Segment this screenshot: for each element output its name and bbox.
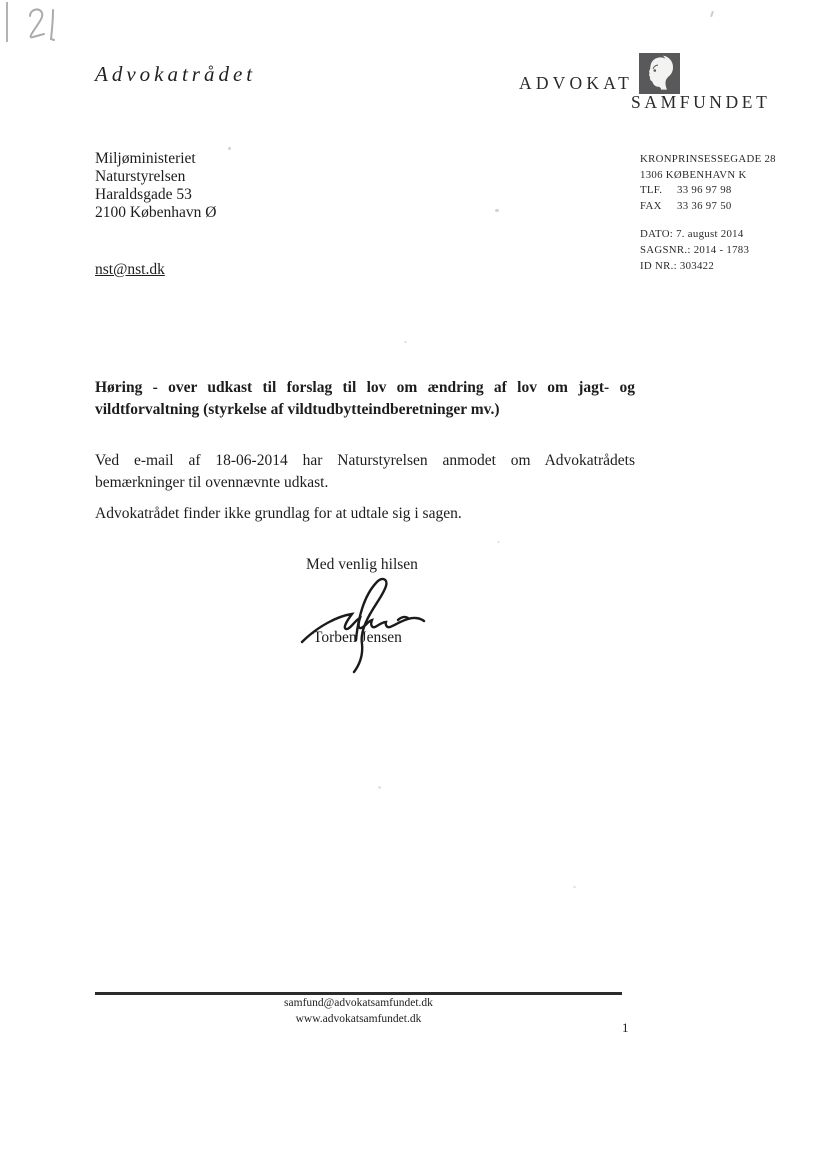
scan-speck [228, 147, 231, 150]
body-line: bemærkninger til ovennævnte udkast. [95, 472, 635, 494]
sender-address-line: 1306 KØBENHAVN K [640, 168, 820, 184]
scan-speck [573, 886, 576, 888]
footer-contact-block: samfund@advokatsamfundet.dk www.advokats… [95, 996, 622, 1027]
body-line: Ved e-mail af 18-06-2014 har Naturstyrel… [95, 450, 635, 472]
fax-label: FAX [640, 199, 674, 215]
recipient-line: Naturstyrelsen [95, 168, 216, 186]
letterhead-script-title: Advokatrådet [95, 62, 256, 87]
letter-date: DATO: 7. august 2014 [640, 227, 820, 243]
athena-profile-icon [639, 53, 680, 94]
case-number: SAGSNR.: 2014 - 1783 [640, 243, 820, 259]
scan-speck [497, 541, 500, 543]
body-paragraph: Advokatrådet finder ikke grundlag for at… [95, 505, 635, 523]
subject-heading: Høring - over udkast til forslag til lov… [95, 377, 635, 420]
recipient-line: 2100 København Ø [95, 204, 216, 222]
id-number: ID NR.: 303422 [640, 259, 820, 275]
phone-value: 33 96 97 98 [677, 184, 732, 196]
recipient-line: Haraldsgade 53 [95, 186, 216, 204]
handwritten-signature [298, 576, 430, 674]
scanned-letter-page: Advokatrådet ADVOKAT SAMFUNDET Miljømini… [0, 0, 827, 1170]
sender-address-line: KRONPRINSESSEGADE 28 [640, 152, 820, 168]
scan-edge-line [6, 2, 8, 42]
handwritten-page-mark [22, 4, 70, 44]
footer-email: samfund@advokatsamfundet.dk [95, 996, 622, 1012]
sender-fax-row: FAX 33 36 97 50 [640, 199, 820, 215]
recipient-address-block: Miljøministeriet Naturstyrelsen Haraldsg… [95, 150, 216, 222]
scan-speck [404, 341, 407, 343]
page-number: 1 [622, 1020, 629, 1036]
footer-rule [95, 992, 622, 995]
scan-speck [495, 209, 499, 212]
logo-wordmark-advokat: ADVOKAT [519, 73, 633, 94]
fax-value: 33 36 97 50 [677, 200, 732, 212]
subject-line: vildtforvaltning (styrkelse af vildtudby… [95, 399, 635, 421]
sender-info-block: KRONPRINSESSEGADE 28 1306 KØBENHAVN K TL… [640, 152, 820, 274]
scan-speck [378, 786, 381, 789]
footer-website: www.advokatsamfundet.dk [95, 1012, 622, 1028]
logo-wordmark-samfundet: SAMFUNDET [631, 92, 770, 113]
recipient-line: Miljøministeriet [95, 150, 216, 168]
recipient-email: nst@nst.dk [95, 261, 165, 279]
sender-phone-row: TLF. 33 96 97 98 [640, 183, 820, 199]
scan-speck [710, 11, 714, 17]
body-paragraph: Ved e-mail af 18-06-2014 har Naturstyrel… [95, 450, 635, 493]
phone-label: TLF. [640, 183, 674, 199]
closing-salutation: Med venlig hilsen [306, 556, 418, 574]
subject-line: Høring - over udkast til forslag til lov… [95, 377, 635, 399]
